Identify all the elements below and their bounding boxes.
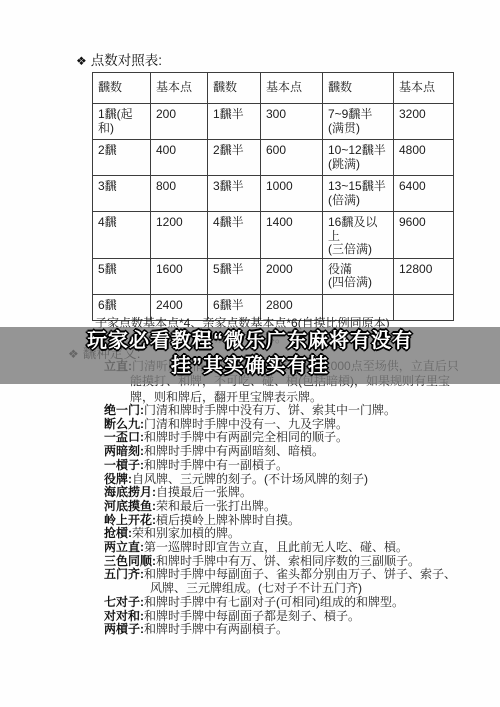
definition-item: 两槓子:和牌时手牌中有两副槓子。	[104, 623, 476, 637]
definition-term: 对对和:	[104, 609, 144, 623]
table-cell: 役滿 (四倍满)	[323, 258, 394, 294]
diamond-bullet-icon: ❖	[76, 54, 87, 68]
table-cell: 2000	[261, 258, 323, 294]
table-cell: 7~9飜半 (满贯)	[323, 104, 394, 140]
table-cell: 1600	[151, 258, 208, 294]
table-cell: 1飜(起和)	[93, 104, 151, 140]
table-cell: 3飜	[93, 176, 151, 212]
definition-item: 抢槓:荣和别家加槓的牌。	[104, 527, 476, 541]
definition-term: 两暗刻:	[104, 444, 144, 458]
definition-term: 海底捞月:	[104, 485, 156, 499]
table-cell: 2飜	[93, 140, 151, 176]
col-header: 基本点	[151, 73, 208, 104]
table-cell: 16飜及以上 (三倍满)	[323, 212, 394, 259]
section-title-points-table: ❖点数对照表:	[76, 53, 162, 69]
points-table: 飜数 基本点 飜数 基本点 飜数 基本点 1飜(起和) 200 1飜半 300 …	[92, 72, 454, 321]
table-cell: 4800	[394, 140, 454, 176]
definition-term: 抢槓:	[104, 526, 132, 540]
table-cell: 600	[261, 140, 323, 176]
table-cell: 3200	[394, 104, 454, 140]
table-cell: 2飜半	[208, 140, 261, 176]
definition-term: 两槓子:	[104, 622, 144, 636]
table-cell-empty	[394, 294, 454, 320]
headline-line1: 玩家必看教程“微乐广东麻将有没有	[0, 329, 500, 354]
table-cell: 300	[261, 104, 323, 140]
definition-term: 岭上开花:	[104, 513, 156, 527]
col-header: 基本点	[394, 73, 454, 104]
definition-desc: 和牌时手牌中有两副完全相同的顺子。	[144, 430, 348, 444]
definition-desc: 和牌时手牌中有万、饼、索相同序数的三副顺子。	[156, 554, 420, 568]
definition-item: 两暗刻:和牌时手牌中有两副暗刻、暗槓。	[104, 445, 476, 459]
table-cell: 1000	[261, 176, 323, 212]
table-cell: 9600	[394, 212, 454, 259]
table-cell: 6400	[394, 176, 454, 212]
definition-item: 一槓子:和牌时手牌中有一副槓子。	[104, 459, 476, 473]
headline-banner: 玩家必看教程“微乐广东麻将有没有 挂”其实确实有挂	[0, 327, 500, 384]
table-row: 5飜 1600 5飜半 2000 役滿 (四倍满) 12800	[93, 258, 454, 294]
definition-desc: 自摸最后一张牌。	[156, 485, 252, 499]
table-cell: 10~12飜半 (跳满)	[323, 140, 394, 176]
definition-desc: 和牌时手牌中有两副暗刻、暗槓。	[144, 444, 324, 458]
definition-desc: 荣和别家加槓的牌。	[132, 526, 240, 540]
definition-desc: 门清和牌时手牌中没有一、九及字牌。	[144, 417, 348, 431]
col-header: 飜数	[323, 73, 394, 104]
table-cell: 400	[151, 140, 208, 176]
definition-term: 三色同顺:	[104, 554, 156, 568]
col-header: 飜数	[93, 73, 151, 104]
table-cell: 5飜	[93, 258, 151, 294]
table-row: 2飜 400 2飜半 600 10~12飜半 (跳满) 4800	[93, 140, 454, 176]
definition-term: 一盃口:	[104, 430, 144, 444]
table-row: 4飜 1200 4飜半 1400 16飜及以上 (三倍满) 9600	[93, 212, 454, 259]
definition-term: 绝一门:	[104, 403, 144, 417]
definition-term: 一槓子:	[104, 458, 144, 472]
definition-desc: 和牌时手牌中每副面子都是刻子、槓子。	[144, 609, 360, 623]
definition-desc: 和牌时手牌中有七副对子(可相同)组成的和牌型。	[144, 595, 404, 609]
table-cell: 4飜	[93, 212, 151, 259]
definition-term: 七对子:	[104, 595, 144, 609]
document-page: ❖点数对照表: 飜数 基本点 飜数 基本点 飜数 基本点 1飜(起和) 200 …	[0, 0, 500, 707]
definition-desc: 和牌时手牌中有两副槓子。	[144, 622, 288, 636]
definition-desc: 第一巡牌时即宣告立直，且此前无人吃、碰、槓。	[144, 540, 408, 554]
definitions-list: 绝一门:门清和牌时手牌中没有万、饼、索其中一门牌。 断么九:门清和牌时手牌中没有…	[104, 404, 476, 637]
definition-item: 两立直:第一巡牌时即宣告立直，且此前无人吃、碰、槓。	[104, 541, 476, 555]
table-cell: 800	[151, 176, 208, 212]
col-header: 基本点	[261, 73, 323, 104]
definition-desc: 槓后摸岭上牌补牌时自摸。	[156, 513, 300, 527]
definition-desc: 和牌时手牌中每副面子、雀头都分别由万子、饼子、索子、 风牌、三元牌组成。(七对子…	[144, 567, 456, 595]
table-cell: 5飜半	[208, 258, 261, 294]
table-cell: 1400	[261, 212, 323, 259]
definition-item: 海底捞月:自摸最后一张牌。	[104, 486, 476, 500]
table-header-row: 飜数 基本点 飜数 基本点 飜数 基本点	[93, 73, 454, 104]
col-header: 飜数	[208, 73, 261, 104]
definition-item: 五门齐:和牌时手牌中每副面子、雀头都分别由万子、饼子、索子、 风牌、三元牌组成。…	[104, 568, 476, 595]
table-cell: 13~15飜半 (倍满)	[323, 176, 394, 212]
definition-item: 七对子:和牌时手牌中有七副对子(可相同)组成的和牌型。	[104, 596, 476, 610]
definition-term: 河底摸鱼:	[104, 499, 156, 513]
definition-item: 绝一门:门清和牌时手牌中没有万、饼、索其中一门牌。	[104, 404, 476, 418]
definition-term: 断么九:	[104, 417, 144, 431]
table-cell: 4飜半	[208, 212, 261, 259]
table-cell: 3飜半	[208, 176, 261, 212]
definition-desc: 自风牌、三元牌的刻子。(不计场风牌的刻子)	[132, 472, 368, 486]
definition-term: 役牌:	[104, 472, 132, 486]
table-cell: 200	[151, 104, 208, 140]
table-cell: 1飜半	[208, 104, 261, 140]
definition-desc: 荣和最后一张打出牌。	[156, 499, 276, 513]
headline-line2: 挂”其实确实有挂	[0, 354, 500, 379]
definition-term: 五门齐:	[104, 567, 144, 581]
definition-item: 河底摸鱼:荣和最后一张打出牌。	[104, 500, 476, 514]
definition-desc: 和牌时手牌中有一副槓子。	[144, 458, 288, 472]
table-cell: 12800	[394, 258, 454, 294]
section1-label: 点数对照表:	[91, 53, 162, 68]
table-row: 1飜(起和) 200 1飜半 300 7~9飜半 (满贯) 3200	[93, 104, 454, 140]
definition-desc: 门清和牌时手牌中没有万、饼、索其中一门牌。	[144, 403, 396, 417]
table-row: 3飜 800 3飜半 1000 13~15飜半 (倍满) 6400	[93, 176, 454, 212]
definition-term: 两立直:	[104, 540, 144, 554]
table-cell: 1200	[151, 212, 208, 259]
